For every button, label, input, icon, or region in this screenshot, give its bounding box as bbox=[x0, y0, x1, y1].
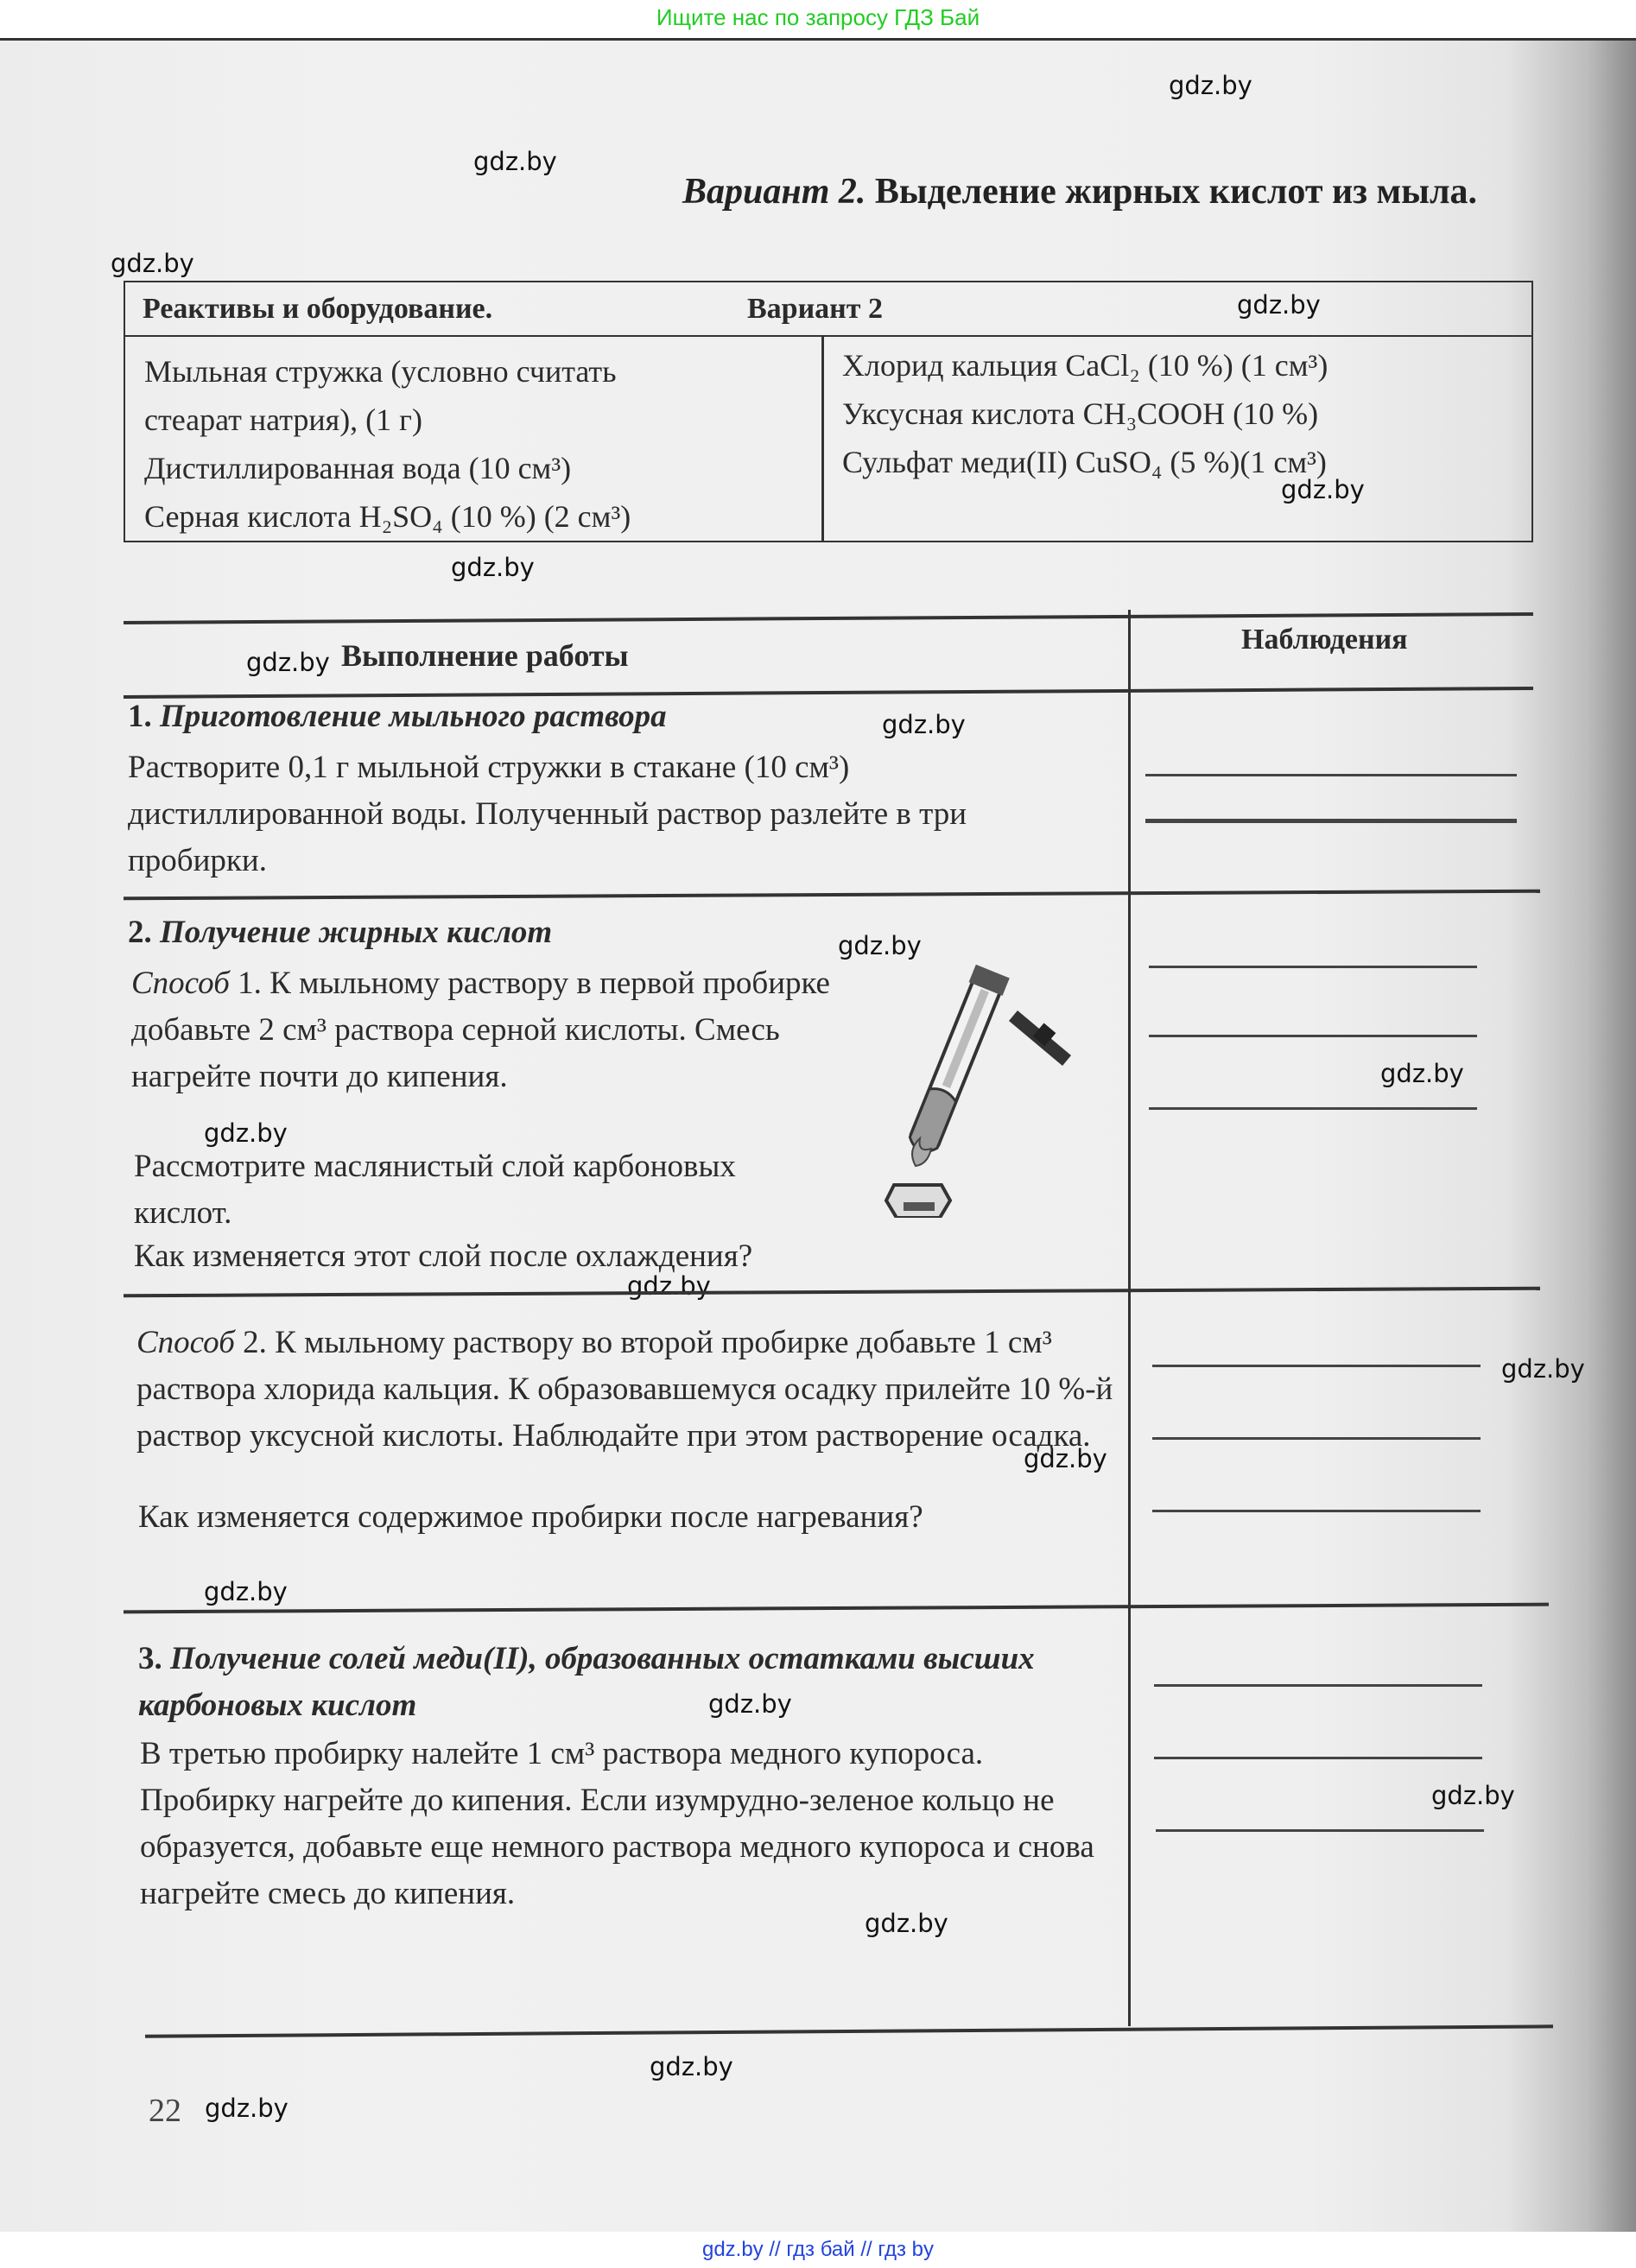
observation-line[interactable] bbox=[1152, 1437, 1481, 1440]
watermark: gdz.by bbox=[473, 147, 557, 176]
observation-line[interactable] bbox=[1149, 1107, 1477, 1110]
section-3-title: 3. Получение солей меди(II), образованны… bbox=[138, 1636, 1123, 1729]
section-1-title: 1. Приготовление мыльного раствора bbox=[128, 698, 667, 735]
reagents-table: Реактивы и оборудование. Вариант 2 Мыльн… bbox=[124, 281, 1533, 542]
section-1-text: Растворите 0,1 г мыльной стружки в стака… bbox=[128, 744, 1104, 884]
watermark: gdz.by bbox=[204, 1577, 288, 1606]
observation-line[interactable] bbox=[1145, 819, 1517, 821]
section-3-text: В третью пробирку налейте 1 см³ раствора… bbox=[140, 1731, 1125, 1917]
watermark: gdz.by bbox=[111, 249, 194, 278]
reagent-item: Хлорид кальция CaCl₂ (10 %) (1 см³) bbox=[842, 341, 1328, 390]
observation-line[interactable] bbox=[1156, 1829, 1484, 1832]
watermark: gdz.by bbox=[1380, 1059, 1464, 1088]
reagents-left-list: Мыльная стружка (условно считать стеарат… bbox=[144, 347, 631, 541]
method-2-question: Как изменяется содержимое пробирки после… bbox=[138, 1494, 1123, 1541]
column-header-procedure: Выполнение работы bbox=[341, 637, 629, 674]
reagents-header-title: Реактивы и оборудование. bbox=[143, 293, 492, 326]
reagents-header-variant: Вариант 2 bbox=[747, 293, 883, 326]
bottom-banner[interactable]: gdz.by // гдз бай // гдз by bbox=[0, 2232, 1636, 2268]
page-number: 22 bbox=[149, 2092, 181, 2130]
observation-line[interactable] bbox=[1149, 966, 1477, 968]
watermark: gdz.by bbox=[650, 2052, 733, 2081]
reagent-item: Мыльная стружка (условно считать bbox=[144, 347, 631, 396]
variant-label: Вариант 2. bbox=[682, 172, 866, 212]
watermark: gdz.by bbox=[1169, 71, 1252, 100]
reagents-right-list: Хлорид кальция CaCl₂ (10 %) (1 см³) Уксу… bbox=[842, 341, 1328, 486]
observation-line[interactable] bbox=[1154, 1757, 1482, 1759]
reagent-item: стеарат натрия), (1 г) bbox=[144, 396, 631, 444]
top-banner[interactable]: Ищите нас по запросу ГДЗ Бай bbox=[0, 0, 1636, 35]
reagent-item: Сульфат меди(II) CuSO₄ (5 %)(1 см³) bbox=[842, 438, 1328, 486]
column-divider bbox=[821, 337, 824, 541]
variant-title: Вариант 2. Выделение жирных кислот из мы… bbox=[682, 171, 1477, 212]
section-2-title: 2. Получение жирных кислот bbox=[128, 914, 552, 951]
test-tube-icon bbox=[904, 965, 1010, 1157]
observation-line[interactable] bbox=[1152, 1510, 1481, 1512]
watermark: gdz.by bbox=[838, 931, 922, 960]
reagent-item: Дистиллированная вода (10 см³) bbox=[144, 444, 631, 492]
variant-heading: Выделение жирных кислот из мыла. bbox=[875, 172, 1477, 212]
gas-outlet-tube-icon bbox=[1009, 1010, 1071, 1066]
observation-line[interactable] bbox=[1152, 1365, 1481, 1367]
reagents-header: Реактивы и оборудование. Вариант 2 bbox=[125, 282, 1531, 337]
method-2-text: Способ 2. К мыльному раствору во второй … bbox=[136, 1320, 1117, 1460]
observation-line[interactable] bbox=[1149, 1035, 1477, 1037]
watermark: gdz.by bbox=[882, 710, 966, 739]
observation-line[interactable] bbox=[1154, 1684, 1482, 1687]
observation-line[interactable] bbox=[1145, 774, 1517, 776]
method-1-question-2: Как изменяется этот слой после охлаждени… bbox=[134, 1233, 1084, 1280]
column-header-observations: Наблюдения bbox=[1241, 624, 1408, 656]
watermark: gdz.by bbox=[1501, 1354, 1585, 1384]
spirit-lamp-icon bbox=[886, 1185, 950, 1218]
watermark: gdz.by bbox=[205, 2094, 289, 2123]
method-1-question-1: Рассмотрите маслянистый слой карбоновых … bbox=[134, 1144, 834, 1237]
test-tube-heating-illustration bbox=[821, 959, 1080, 1218]
watermark: gdz.by bbox=[451, 553, 535, 582]
reagent-item: Серная кислота H₂SO₄ (10 %) (2 см³) bbox=[144, 492, 631, 541]
method-1-text: Способ 1. К мыльному раствору в первой п… bbox=[131, 960, 831, 1100]
column-divider bbox=[1128, 610, 1131, 2026]
watermark: gdz.by bbox=[246, 648, 330, 677]
reagent-item: Уксусная кислота CH₃COOH (10 %) bbox=[842, 390, 1328, 438]
watermark: gdz.by bbox=[1431, 1781, 1515, 1810]
